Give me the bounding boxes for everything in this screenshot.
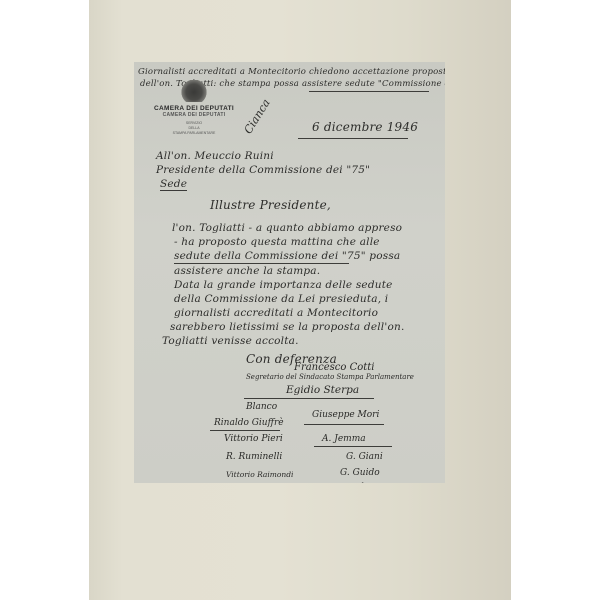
stamp-signature: Cianca xyxy=(241,97,272,136)
body-line-3: sedute della Commissione dei "75" possa xyxy=(174,250,400,262)
signature-right-1: Giuseppe Mori xyxy=(312,410,379,420)
body-line-2: - ha proposto questa mattina che alle xyxy=(174,236,380,248)
letterhead-overprint: CAMERA DEI DEPUTATI xyxy=(144,112,244,118)
signature-right-1-underline xyxy=(304,424,384,425)
recipient-line-3: Sede xyxy=(160,178,187,191)
scan-background: Giornalisti accreditati a Montecitorio c… xyxy=(0,0,600,600)
annotation-underline xyxy=(309,91,429,92)
body-line-9: Togliatti venisse accolta. xyxy=(162,335,299,347)
sender-title: Segretario del Sindacato Stampa Parlamen… xyxy=(246,373,414,381)
signature-right-3: G. Giani xyxy=(346,452,383,462)
signature-right-4: G. Guido xyxy=(340,468,380,478)
body-line-8: sarebbero lietissimi se la proposta dell… xyxy=(170,321,404,333)
signature-left-2: Rinaldo Giuffrè xyxy=(214,418,284,428)
body-line-6: della Commissione da Lei presieduta, i xyxy=(174,293,388,305)
letter-date: 6 dicembre 1946 xyxy=(312,120,418,134)
sender-name-2: Egidio Sterpa xyxy=(286,384,359,396)
signature-right-2: A. Jemma xyxy=(322,434,366,444)
recipient-line-1: All'on. Meuccio Ruini xyxy=(156,150,274,162)
salutation: Illustre Presidente, xyxy=(210,198,331,212)
signature-divider xyxy=(244,398,374,399)
signature-right-2-underline xyxy=(314,446,392,447)
signature-left-4: R. Ruminelli xyxy=(226,452,282,462)
letter-facsimile-plate: Giornalisti accreditati a Montecitorio c… xyxy=(134,62,445,483)
letterhead: CAMERA DEI DEPUTATI CAMERA DEI DEPUTATI … xyxy=(144,80,244,136)
signature-right-5: V. Piccolitano xyxy=(330,482,384,483)
body-underline xyxy=(174,263,349,264)
signature-left-1: Blanco xyxy=(246,402,277,412)
body-line-5: Data la grande importanza delle sedute xyxy=(174,279,393,291)
recipient-line-2: Presidente della Commissione dei "75" xyxy=(156,164,370,176)
signature-left-5: Vittorio Raimondi xyxy=(226,470,293,479)
sender-name: Francesco Cotti xyxy=(294,362,374,373)
date-underline xyxy=(298,138,408,139)
letterhead-service-line-3: STAMPA PARLAMENTARE xyxy=(144,131,244,136)
body-line-1: l'on. Togliatti - a quanto abbiamo appre… xyxy=(172,222,402,234)
body-line-4: assistere anche la stampa. xyxy=(174,265,320,277)
letterhead-title: CAMERA DEI DEPUTATI xyxy=(144,105,244,112)
emblem-icon xyxy=(181,80,207,102)
body-line-7: giornalisti accreditati a Montecitorio xyxy=(174,307,378,319)
signature-left-3: Vittorio Pieri xyxy=(224,434,283,444)
top-annotation-line-1: Giornalisti accreditati a Montecitorio c… xyxy=(138,67,445,77)
signature-left-2-underline xyxy=(210,430,280,431)
